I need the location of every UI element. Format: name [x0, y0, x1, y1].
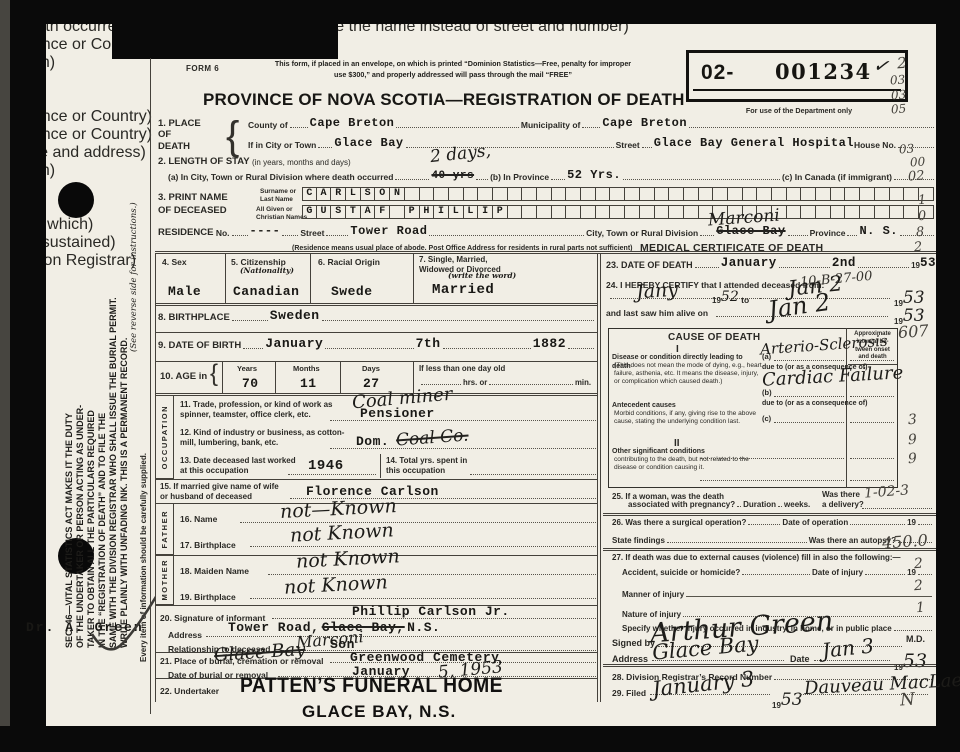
- age-months-value: 11: [300, 376, 317, 391]
- registration-number: 001234: [775, 59, 872, 84]
- letter-cell: [845, 205, 860, 219]
- divider: [597, 254, 601, 702]
- divider: [862, 508, 932, 509]
- weeks-label: weeks.: [784, 500, 810, 509]
- letter-cell: [390, 205, 405, 219]
- municipality-value: Cape Breton: [602, 116, 687, 130]
- divider: [865, 574, 905, 575]
- divider: [642, 147, 652, 148]
- letter-cell: A: [361, 205, 376, 219]
- divider: [551, 179, 565, 180]
- divider: [206, 636, 596, 637]
- letter-cell: [743, 187, 758, 201]
- letter-cell: [610, 205, 625, 219]
- operation-date-label: Date of operation: [782, 518, 848, 527]
- divider: [222, 361, 223, 393]
- letter-cell: [772, 187, 787, 201]
- age-label: 10. AGE in: [160, 371, 207, 382]
- letter-cell: U: [317, 205, 332, 219]
- divider: [850, 422, 894, 423]
- divider: [700, 235, 714, 236]
- letter-cell: [420, 187, 435, 201]
- letter-cell: [684, 205, 699, 219]
- divider: [788, 235, 808, 236]
- residence-city-label: City, Town or Rural Division: [586, 228, 698, 238]
- letter-cell: [434, 187, 449, 201]
- given-names-sublabel: All Given or Christian Names: [256, 206, 307, 222]
- letter-cell: [537, 187, 552, 201]
- stay-a-label: (a) In City, Town or Rural Division wher…: [168, 172, 393, 182]
- divider: [325, 348, 413, 349]
- filed-year-prefix: 19: [772, 701, 781, 710]
- letter-cell: O: [375, 187, 390, 201]
- margin-divider: [150, 58, 151, 714]
- total-years-label: 14. Total yrs. spent in this occupation: [386, 456, 467, 477]
- margin-number: 1: [917, 193, 926, 209]
- letter-cell: [684, 187, 699, 201]
- age-less-than-day-label: If less than one day old: [419, 364, 505, 373]
- envelope-note-line2: use $300,” and properly addressed will p…: [212, 69, 694, 80]
- divider: [568, 348, 594, 349]
- occupation-side-label: OCCUPATION: [155, 395, 174, 479]
- letter-cell: S: [331, 205, 346, 219]
- last-saw-alive-label: and last saw him alive on: [606, 308, 708, 318]
- letter-cell: H: [420, 205, 435, 219]
- attended-from-year: 52: [721, 289, 739, 305]
- residence-no-value: ----: [250, 224, 281, 238]
- letter-cell: [625, 187, 640, 201]
- marital-status-value: Married: [432, 282, 494, 298]
- operation-year-prefix: 19: [907, 518, 916, 527]
- findings-label: State findings: [612, 536, 665, 545]
- letter-cell: C: [302, 187, 317, 201]
- divider: [282, 235, 298, 236]
- age-years-value: 70: [242, 376, 259, 391]
- scanned-death-certificate: SEC. 46—VITAL STATISTICS ACT MAKES IT TH…: [0, 0, 960, 752]
- sex-label: 4. Sex: [162, 257, 187, 267]
- duration-label: Duration: [743, 500, 776, 509]
- divider: [476, 179, 488, 180]
- department-use-note: For use of the Department only: [690, 106, 908, 115]
- letter-cell: [552, 205, 567, 219]
- divider: [340, 361, 341, 393]
- cause-c-label: (c): [762, 414, 771, 423]
- cause-direct-note: (This does not mean the mode of dying, e…: [614, 362, 762, 387]
- street-label: Street: [616, 140, 640, 150]
- registration-prefix: 02-: [701, 61, 734, 85]
- filed-label: 29. Filed: [612, 688, 646, 698]
- divider: [737, 506, 741, 507]
- margin-number: 607: [897, 321, 929, 342]
- birth-day-value: 7th: [416, 336, 441, 351]
- undertaker-city-stamp: GLACE BAY, N.S.: [302, 702, 456, 722]
- divider: [582, 127, 600, 128]
- margin-number: 9: [907, 432, 917, 449]
- divider: [322, 320, 594, 321]
- divider: [918, 574, 932, 575]
- stay-c-label: (c) In Canada (if immigrant): [782, 172, 892, 182]
- divider: [850, 480, 894, 481]
- letter-cell: [478, 187, 493, 201]
- margin-number: 2: [913, 240, 922, 256]
- letter-cell: I: [434, 205, 449, 219]
- letter-cell: S: [361, 187, 376, 201]
- last-saw-handwritten: Jan 2: [766, 288, 832, 324]
- letter-cell: [655, 187, 670, 201]
- divider: [850, 396, 894, 397]
- attended-from-year-prefix: 19: [712, 296, 721, 305]
- divider: [250, 546, 596, 547]
- scan-border-bottom: [0, 726, 960, 752]
- divider: [443, 348, 531, 349]
- mother-maiden-handwritten: not Known: [295, 545, 400, 572]
- print-name-label: 3. PRINT NAME OF DECEASED: [158, 192, 228, 218]
- age-days-label: Days: [362, 364, 380, 373]
- trade-label: 11. Trade, profession, or kind of work a…: [180, 400, 333, 421]
- margin-number: 3: [907, 412, 917, 429]
- divider: [288, 474, 376, 475]
- marital-status-sublabel: (write the word): [448, 271, 516, 280]
- divider: [778, 506, 782, 507]
- letter-cell: [596, 205, 611, 219]
- given-names-letter-boxes: GUSTAFPHILLIP: [302, 205, 934, 219]
- letter-cell: [875, 205, 890, 219]
- divider: [774, 422, 844, 423]
- physician-address-label: Address: [612, 654, 648, 664]
- external-causes-label: 27. If death was due to external causes …: [612, 553, 901, 562]
- signed-date-label: Date: [790, 654, 810, 664]
- pregnancy-label-2: associated with pregnancy?: [628, 500, 735, 509]
- divider: [275, 361, 276, 393]
- letter-cell: [875, 187, 890, 201]
- divider: [695, 267, 719, 268]
- letter-cell: [860, 187, 875, 201]
- residence-street-label: Street: [300, 228, 324, 238]
- divider: [774, 396, 844, 397]
- divider: [155, 332, 598, 333]
- divider: [850, 524, 905, 525]
- letter-cell: [860, 205, 875, 219]
- surname-sublabel: Surname or Last Name: [260, 188, 296, 204]
- antecedent-note: Morbid conditions, if any, giving rise t…: [614, 410, 762, 426]
- death-month-value: January: [721, 256, 777, 270]
- letter-cell: [655, 205, 670, 219]
- operation-label: 26. Was there a surgical operation?: [612, 518, 746, 527]
- cause-of-death-title: CAUSE OF DEATH: [668, 332, 760, 343]
- divider: [155, 479, 598, 480]
- industry-handwritten: Coal Co.: [395, 425, 469, 450]
- sex-value: Male: [168, 284, 201, 299]
- filed-year-handwritten: 53: [781, 690, 803, 710]
- divider: [686, 596, 932, 597]
- divider: [272, 618, 596, 619]
- margin-number: 1-02-3: [863, 482, 909, 501]
- citizenship-value: Canadian: [233, 284, 299, 299]
- divider: [850, 360, 894, 361]
- letter-cell: L: [464, 205, 479, 219]
- racial-origin-label: 6. Racial Origin: [318, 257, 380, 267]
- signed-by-label: Signed by: [612, 638, 655, 648]
- envelope-note-line1: This form, if placed in an envelope, on …: [212, 58, 694, 69]
- letter-cell: [581, 205, 596, 219]
- attended-to-label: to: [741, 295, 749, 305]
- letter-cell: P: [493, 205, 508, 219]
- letter-cell: [640, 187, 655, 201]
- divider: [310, 254, 311, 303]
- margin-number: 2: [913, 578, 923, 595]
- letter-cell: [890, 187, 905, 201]
- divider: [232, 235, 248, 236]
- letter-cell: [713, 187, 728, 201]
- other-conditions-label: Other significant conditions: [612, 448, 705, 455]
- injury-date-label: Date of injury: [812, 568, 863, 577]
- birthplace-value: Sweden: [270, 308, 320, 323]
- letter-cell: [566, 205, 581, 219]
- see-reverse-note: (See reverse side for instructions.): [129, 132, 139, 352]
- margin-number: 03: [891, 87, 907, 102]
- length-of-stay-no: 2.: [158, 156, 166, 167]
- mother-side-label: MOTHER: [155, 555, 174, 605]
- divider: [225, 254, 226, 303]
- letter-cell: [625, 205, 640, 219]
- attended-to-year: 53: [903, 288, 925, 308]
- divider: [742, 574, 810, 575]
- brace: {: [226, 114, 239, 159]
- medical-certificate-title: MEDICAL CERTIFICATE OF DEATH: [640, 242, 823, 254]
- divider: [396, 127, 518, 128]
- letter-cell: [699, 187, 714, 201]
- margin-number: 00: [910, 154, 926, 169]
- mother-maiden-label: 18. Maiden Name: [180, 566, 249, 576]
- divider: [413, 254, 414, 303]
- letter-cell: [522, 187, 537, 201]
- letter-cell: [787, 187, 802, 201]
- divider: [858, 267, 909, 268]
- undertaker-label: 22. Undertaker: [160, 686, 219, 696]
- stay-a-struck-value: 40 yrs: [431, 170, 474, 182]
- city-value: Glace Bay: [334, 136, 403, 150]
- letter-cell: [522, 205, 537, 219]
- document-title: PROVINCE OF NOVA SCOTIA—REGISTRATION OF …: [203, 90, 685, 110]
- letter-cell: [596, 187, 611, 201]
- letter-cell: [537, 205, 552, 219]
- cause-due2-label: due to (or as a consequence of): [762, 400, 867, 407]
- informant-address-label: Address: [168, 630, 202, 640]
- divider: [470, 474, 596, 475]
- margin-number: 1: [915, 600, 925, 617]
- divider: [380, 454, 381, 478]
- residence-province-label: Province: [810, 228, 846, 238]
- scan-edge-strip: [0, 0, 10, 752]
- letter-cell: [552, 187, 567, 201]
- divider: [689, 127, 934, 128]
- antecedent-label: Antecedent causes: [612, 402, 676, 409]
- letter-cell: [669, 187, 684, 201]
- municipality-label: Municipality of: [521, 120, 581, 130]
- letter-cell: L: [449, 205, 464, 219]
- brace: {: [210, 360, 218, 388]
- citizenship-sublabel: (Nationality): [240, 266, 294, 275]
- stay-b-label: (b) In Province: [490, 172, 549, 182]
- margin-number: N: [899, 690, 915, 711]
- letter-cell: L: [346, 187, 361, 201]
- residence-no-label: No.: [216, 228, 230, 238]
- letter-cell: [728, 187, 743, 201]
- divider: [667, 542, 807, 543]
- letter-cell: [831, 187, 846, 201]
- industry-typed: Dom.: [356, 434, 389, 449]
- divider: [748, 524, 780, 525]
- county-label: County of: [248, 120, 288, 130]
- letter-cell: G: [302, 205, 317, 219]
- death-year-prefix: 19: [911, 261, 920, 270]
- letter-cell: T: [346, 205, 361, 219]
- letter-cell: [508, 187, 523, 201]
- birth-month-value: January: [265, 336, 323, 351]
- letter-cell: [757, 187, 772, 201]
- divider: [623, 179, 780, 180]
- length-of-stay-label: LENGTH OF STAY: [168, 156, 249, 167]
- racial-origin-value: Swede: [331, 284, 373, 299]
- margin-number: 02: [907, 168, 925, 184]
- divider: [894, 630, 932, 631]
- age-days-value: 27: [363, 376, 380, 391]
- letter-cell: [581, 187, 596, 201]
- margin-number: 05: [891, 101, 907, 116]
- divider: [700, 480, 844, 481]
- letter-cell: A: [317, 187, 332, 201]
- divider: [243, 348, 263, 349]
- letter-cell: [640, 205, 655, 219]
- letter-cell: [831, 205, 846, 219]
- letter-cell: P: [405, 205, 420, 219]
- delivery-label-2: a delivery?: [822, 500, 864, 509]
- last-worked-label: 13. Date deceased last worked at this oc…: [180, 456, 296, 477]
- delivery-label-1: Was there: [822, 490, 860, 499]
- divider: [250, 598, 596, 599]
- divider: [603, 664, 936, 667]
- length-of-stay-note: (in years, months and days): [252, 158, 351, 167]
- mother-birthplace-label: 19. Birthplace: [180, 592, 236, 602]
- letter-cell: [787, 205, 802, 219]
- informant-signature-value: Phillip Carlson Jr.: [352, 604, 510, 619]
- house-no-label: House No.: [854, 140, 896, 150]
- margin-number: 0: [917, 209, 926, 225]
- letter-cell: [566, 187, 581, 201]
- letter-cell: [493, 187, 508, 201]
- birthplace-label: 8. BIRTHPLACE: [158, 312, 230, 323]
- birth-year-value: 1882: [533, 336, 566, 351]
- father-birthplace-label: 17. Birthplace: [180, 540, 236, 550]
- age-months-label: Months: [293, 364, 320, 373]
- divider: [155, 303, 598, 306]
- margin-number: 2: [896, 54, 907, 73]
- letter-cell: [801, 187, 816, 201]
- residence-province-value: N. S.: [859, 224, 898, 238]
- divider: [850, 458, 894, 459]
- letter-cell: [801, 205, 816, 219]
- margin-number: 2: [913, 556, 923, 573]
- divider: [429, 235, 584, 236]
- margin-number: 03: [890, 72, 906, 87]
- margin-number: 450.0: [881, 530, 928, 552]
- death-year-value: 53: [920, 256, 936, 270]
- letter-cell: [464, 187, 479, 201]
- father-side-label: FATHER: [155, 503, 174, 555]
- industry-label: 12. Kind of industry or business, as cot…: [180, 428, 344, 449]
- divider: [326, 235, 348, 236]
- registration-number-box: 02- 001234 ✓: [686, 50, 908, 102]
- signed-date-handwritten: Jan 3: [821, 633, 875, 662]
- street-value: Glace Bay General Hospital: [654, 136, 854, 150]
- injury-manner-label: Manner of injury: [622, 590, 684, 599]
- last-worked-value: 1946: [308, 458, 344, 474]
- divider: [395, 179, 429, 180]
- stay-b-value: 52 Yrs.: [567, 168, 621, 182]
- father-name-label: 16. Name: [180, 514, 217, 524]
- residence-label: RESIDENCE: [158, 227, 213, 238]
- md-label: M.D.: [906, 634, 925, 644]
- letter-cell: N: [390, 187, 405, 201]
- divider: [918, 524, 932, 525]
- surname-letter-boxes: CARLSON: [302, 187, 934, 201]
- divider: [232, 320, 268, 321]
- divider: [847, 235, 857, 236]
- divider: [779, 267, 830, 268]
- vital-statistics-act-note: SEC. 46—VITAL STATISTICS ACT MAKES IT TH…: [64, 136, 130, 648]
- margin-number: 8: [915, 225, 924, 241]
- letter-cell: [405, 187, 420, 201]
- divider: [693, 89, 901, 91]
- place-of-death-label: 1. PLACE OF DEATH: [158, 118, 201, 152]
- signed-year-handwritten: 53: [903, 650, 927, 672]
- scan-artifact-block: [112, 0, 338, 59]
- father-name-handwritten: not—Known: [280, 495, 398, 523]
- spouse-label: 15. If married give name of wife or husb…: [160, 482, 279, 503]
- divider: [290, 127, 308, 128]
- margin-number: 9: [907, 451, 917, 468]
- divider: [489, 384, 573, 385]
- letter-cell: [816, 205, 831, 219]
- divider: [603, 513, 936, 516]
- undertaker-stamp: PATTEN’S FUNERAL HOME: [240, 674, 503, 698]
- scan-border-right: [936, 0, 960, 752]
- letter-cell: [890, 205, 905, 219]
- divider: [774, 360, 844, 361]
- city-label: If in City or Town: [248, 140, 316, 150]
- checkmark: ✓: [872, 54, 891, 78]
- accident-label: Accident, suicide or homicide?: [622, 568, 740, 577]
- letter-cell: R: [331, 187, 346, 201]
- letter-cell: [845, 187, 860, 201]
- death-day-value: 2nd: [832, 256, 856, 270]
- letter-cell: [449, 187, 464, 201]
- date-of-birth-label: 9. DATE OF BIRTH: [158, 340, 241, 351]
- divider: [318, 147, 332, 148]
- date-of-death-label: 23. DATE OF DEATH: [606, 260, 693, 270]
- county-value: Cape Breton: [310, 116, 395, 130]
- age-years-label: Years: [237, 364, 257, 373]
- divider: [700, 458, 844, 459]
- letter-cell: I: [478, 205, 493, 219]
- margin-number: 03: [899, 141, 915, 156]
- check-flourish: [86, 586, 166, 666]
- letter-cell: [508, 205, 523, 219]
- attended-from-handwritten: Jany: [635, 279, 678, 304]
- age-min-label: min.: [575, 378, 591, 387]
- letter-cell: [669, 205, 684, 219]
- letter-cell: F: [375, 205, 390, 219]
